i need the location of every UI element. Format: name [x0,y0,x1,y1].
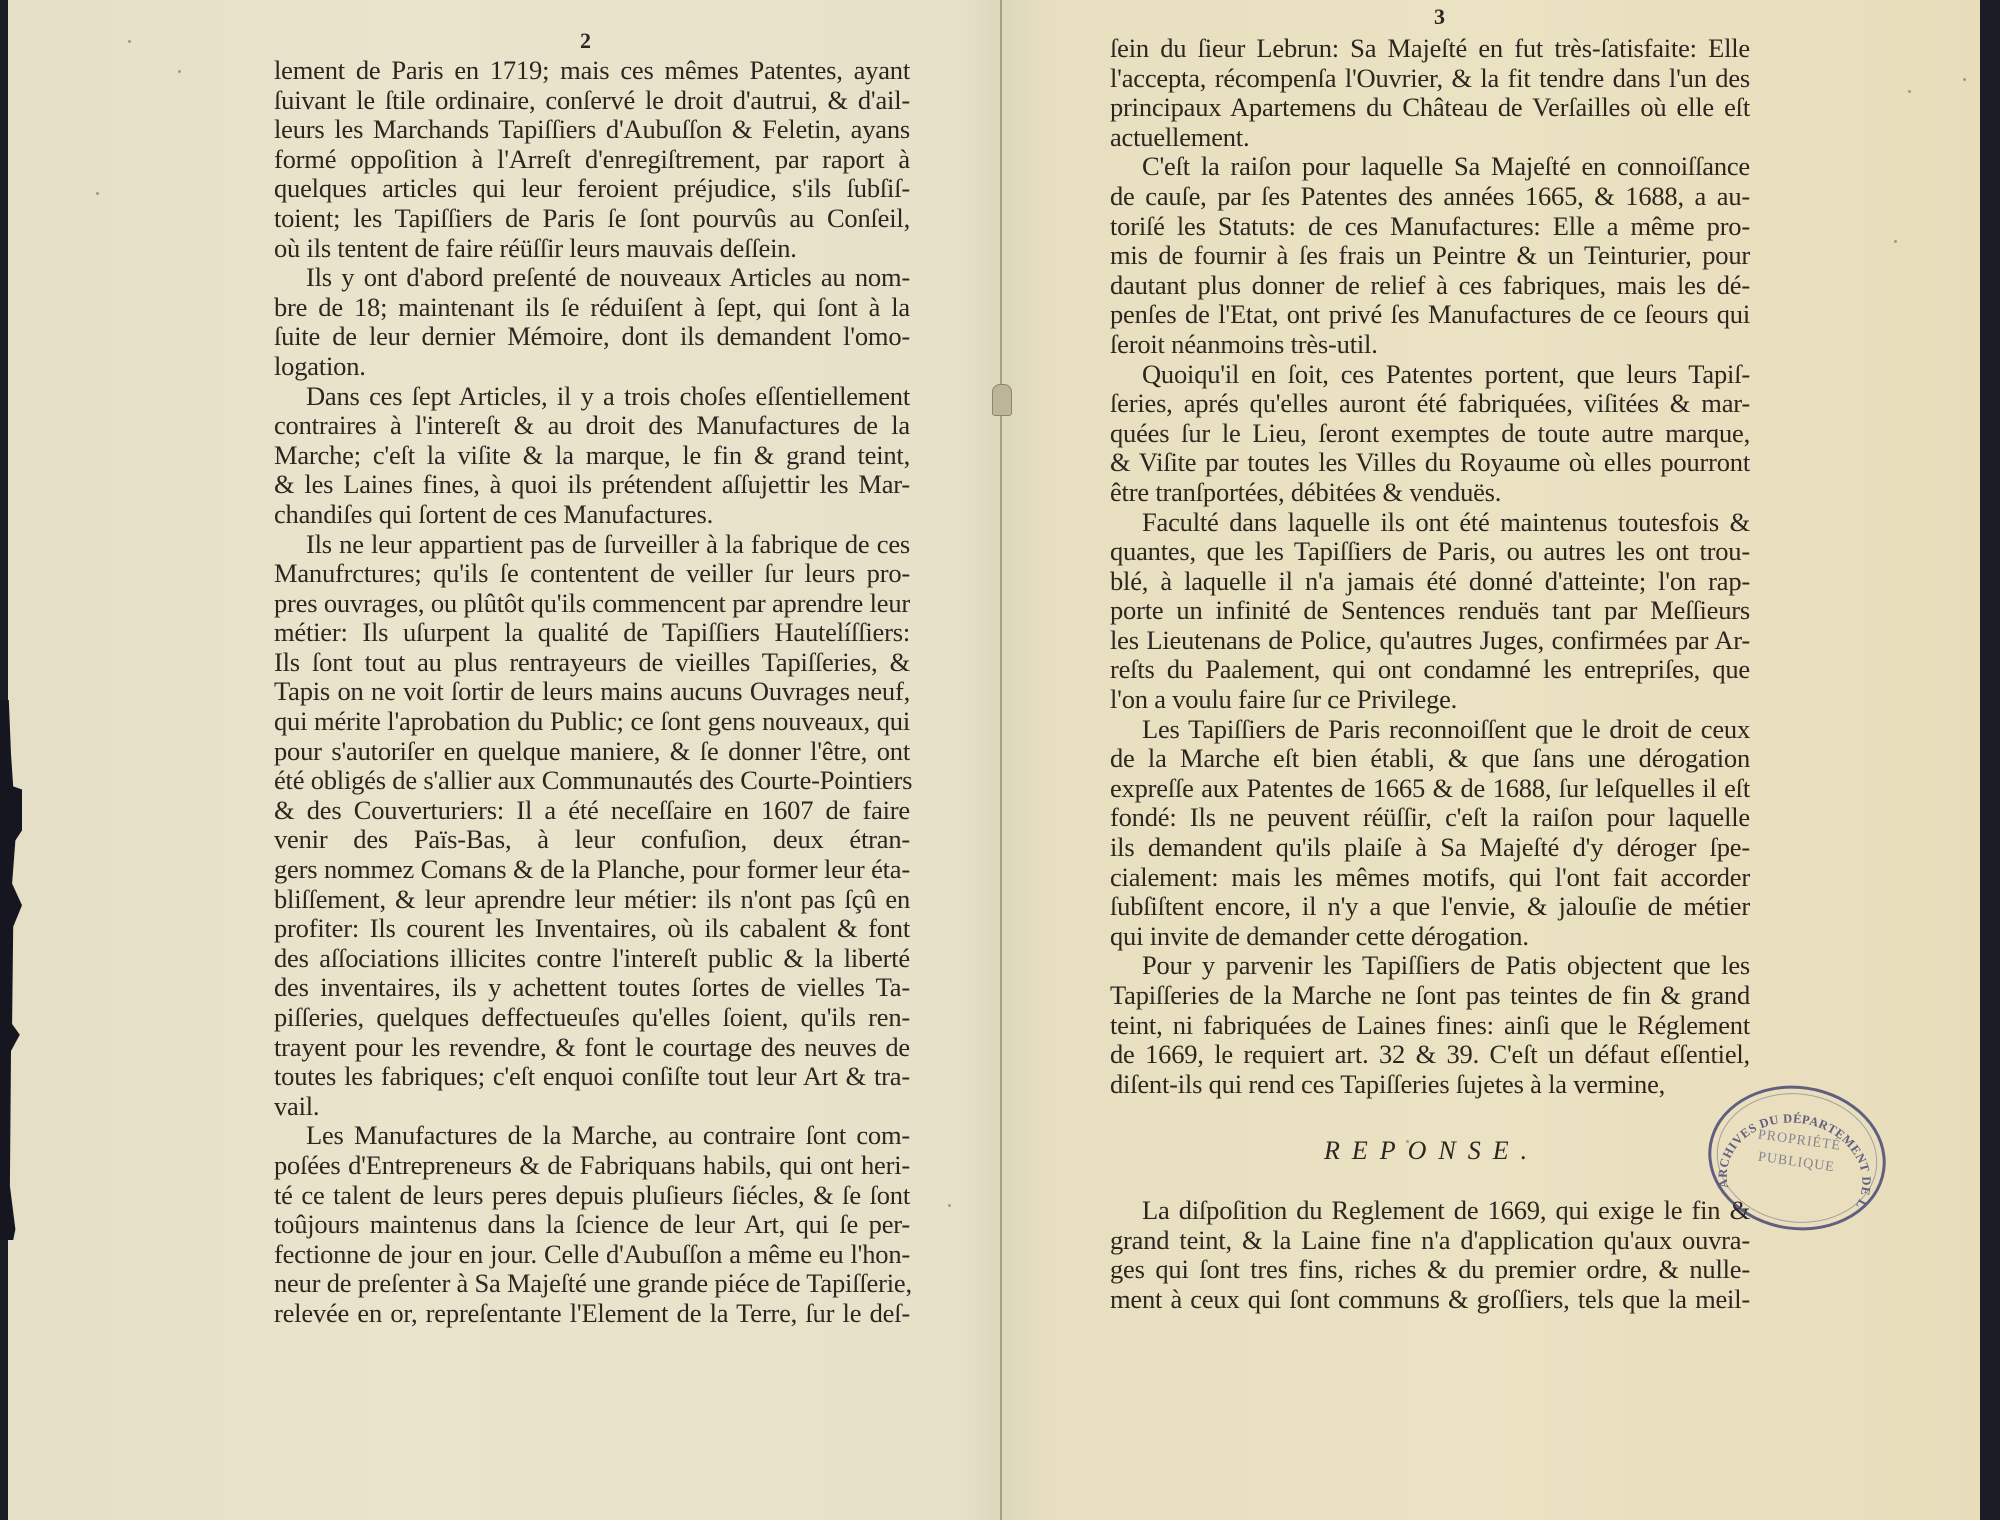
text-line: cialement: mais les mêmes motifs, qui l'… [1110,863,1750,893]
text-line: & les Laines fines, à quoi ils prétenden… [274,470,910,500]
text-line: Tapis on ne voit ſortir de leurs mains a… [274,677,910,707]
text-line: formé oppoſition à l'Arreſt d'enregiſtre… [274,145,910,175]
text-line: Faculté dans laquelle ils ont été mainte… [1110,508,1750,538]
text-line: expreſſe aux Patentes de 1665 & de 1688,… [1110,774,1750,804]
text-line: Ils y ont d'abord preſenté de nouveaux A… [274,263,910,293]
text-line: de cauſe, par ſes Patentes des années 16… [1110,182,1750,212]
book-spread: 2 lement de Paris en 1719; mais ces même… [8,0,1980,1520]
text-line: poſées d'Entrepreneurs & de Fabriquans h… [274,1151,910,1181]
text-line: les Lieutenans de Police, qu'autres Juge… [1110,626,1750,656]
text-line: métier: Ils uſurpent la qualité de Tapiſ… [274,618,910,648]
text-line: profiter: Ils courent les Inventaires, o… [274,914,910,944]
text-line: teint, ni fabriquées de Laines fines: ai… [1110,1011,1750,1041]
text-line: l'accepta, récompenſa l'Ouvrier, & la fi… [1110,64,1750,94]
paper-speck [128,40,131,43]
reponse-heading: REPONSE. [1324,1136,1539,1166]
page-number-right: 3 [1434,4,1445,30]
text-line: où ils tentent de faire réüſſir leurs ma… [274,234,910,264]
text-line: piſſeries, quelques deffectueuſes qu'ell… [274,1003,910,1033]
text-line: quées ſur le Lieu, ſeront exemptes de to… [1110,419,1750,449]
text-line: ils demandent qu'ils plaiſe à Sa Majeſté… [1110,833,1750,863]
text-line: leurs les Marchands Tapiſſiers d'Aubuſſo… [274,115,910,145]
text-line: bre de 18; maintenant ils ſe réduiſent à… [274,293,910,323]
page-number-left: 2 [580,28,591,54]
text-line: Quoiqu'il en ſoit, ces Patentes portent,… [1110,360,1750,390]
paper-speck [1406,1140,1409,1143]
text-line: C'eſt la raiſon pour laquelle Sa Majeſté… [1110,152,1750,182]
text-line: Les Manufactures de la Marche, au contra… [274,1121,910,1151]
text-line: La diſpoſition du Reglement de 1669, qui… [1110,1196,1750,1226]
text-line: porte un infinité de Sentences renduës t… [1110,596,1750,626]
paper-speck [1894,240,1897,243]
text-line: l'on a voulu faire ſur ce Privilege. [1110,685,1750,715]
text-line: bliſſement, & leur aprendre leur métier:… [274,885,910,915]
text-line: Manufrctures; qu'ils ſe contentent de ve… [274,559,910,589]
text-line: quelques articles qui leur feroient préj… [274,174,910,204]
text-line: grand teint, & la Laine fine n'a d'appli… [1110,1226,1750,1256]
text-line: logation. [274,352,910,382]
left-page: 2 lement de Paris en 1719; mais ces même… [8,0,1000,1520]
text-line: lement de Paris en 1719; mais ces mêmes … [274,56,910,86]
text-line: Ils ne leur appartient pas de ſurveiller… [274,530,910,560]
text-line: chandiſes qui ſortent de ces Manufacture… [274,500,910,530]
text-line: qui mérite l'aprobation du Public; ce ſo… [274,707,910,737]
text-line: contraires à l'intereſt & au droit des M… [274,411,910,441]
text-line: toûjours maintenus dans la ſcience de le… [274,1210,910,1240]
text-line: gers nommez Comans & de la Planche, pour… [274,855,910,885]
text-line: dautant plus donner de relief à ces fabr… [1110,271,1750,301]
text-line: ſein du ſieur Lebrun: Sa Majeſté en fut … [1110,34,1750,64]
text-line: de 1669, le requiert art. 32 & 39. C'eſt… [1110,1040,1750,1070]
text-line: fectionne de jour en jour. Celle d'Aubuſ… [274,1240,910,1270]
text-line: ſubſiſtent encore, il n'y a que l'envie,… [1110,892,1750,922]
text-line: actuellement. [1110,123,1750,153]
text-line: toriſé les Statuts: de ces Manufactures:… [1110,212,1750,242]
paper-speck [1908,90,1911,93]
text-line: être tranſportées, débitées & venduës. [1110,478,1750,508]
text-line: trayent pour les revendre, & font le cou… [274,1033,910,1063]
text-line: Les Tapiſſiers de Paris reconnoiſſent qu… [1110,715,1750,745]
text-line: & Viſite par toutes les Villes du Royaum… [1110,448,1750,478]
text-line: qui invite de demander cette dérogation. [1110,922,1750,952]
text-line: été obligés de s'allier aux Communautés … [274,766,910,796]
text-line: venir des Païs-Bas, à leur confuſion, de… [274,825,910,855]
text-line: toutes les fabriques; c'eſt enquoi conſi… [274,1062,910,1092]
text-line: diſent-ils qui rend ces Tapiſſeries ſuje… [1110,1070,1750,1100]
text-line: blé, à laquelle il n'a jamais été donné … [1110,567,1750,597]
text-line: reſts du Paalement, qui ont condamné les… [1110,655,1750,685]
text-line: fondé: Ils ne peuvent réüſſir, c'eſt la … [1110,803,1750,833]
text-line: de la Marche eſt bien établi, & que ſans… [1110,744,1750,774]
text-line: ment à ceux qui ſont communs & groſſiers… [1110,1285,1750,1315]
text-line: principaux Apartemens du Château de Verſ… [1110,93,1750,123]
text-line: des inventaires, ils y achettent toutes … [274,973,910,1003]
text-line: ſuivant le ſtile ordinaire, conſervé le … [274,86,910,116]
text-line: pres ouvrages, ou plûtôt qu'ils commence… [274,589,910,619]
text-line: ſuite de leur dernier Mémoire, dont ils … [274,322,910,352]
text-line: ges qui ſont tres fins, riches & du prem… [1110,1255,1750,1285]
text-line: Marche; c'eſt la viſite & la marque, le … [274,441,910,471]
text-line: quantes, que les Tapiſſiers de Paris, ou… [1110,537,1750,567]
text-line: des aſſociations illicites contre l'inte… [274,944,910,974]
text-line: pour s'autoriſer en quelque maniere, & ſ… [274,737,910,767]
left-page-text: lement de Paris en 1719; mais ces mêmes … [274,56,910,1329]
text-line: té ce talent de leurs peres depuis pluſi… [274,1181,910,1211]
archive-stamp: ARCHIVES DU DÉPARTEMENT DE LA CREUSE PRO… [1699,1074,1895,1241]
paper-speck [948,1204,951,1207]
text-line: neur de preſenter à Sa Majeſté une grand… [274,1269,910,1299]
text-line: ſeroit néanmoins très-util. [1110,330,1750,360]
paper-speck [96,192,99,195]
text-line: Tapiſſeries de la Marche ne ſont pas tei… [1110,981,1750,1011]
text-line: Dans ces ſept Articles, il y a trois cho… [274,382,910,412]
text-line: Ils ſont tout au plus rentrayeurs de vie… [274,648,910,678]
text-line: ſeries, aprés qu'elles auront été fabriq… [1110,389,1750,419]
right-page-text: ſein du ſieur Lebrun: Sa Majeſté en fut … [1110,34,1750,1099]
text-line: relevée en or, repreſentante l'Element d… [274,1299,910,1329]
text-line: toient; les Tapiſſiers de Paris ſe ſont … [274,204,910,234]
reponse-text: La diſpoſition du Reglement de 1669, qui… [1110,1196,1750,1314]
text-line: & des Couverturiers: Il a été neceſſaire… [274,796,910,826]
paper-speck [1963,78,1966,81]
text-line: penſes de l'Etat, ont privé ſes Manufact… [1110,300,1750,330]
text-line: vail. [274,1092,910,1122]
paper-speck [178,70,181,73]
right-page: 3 ſein du ſieur Lebrun: Sa Majeſté en fu… [1002,0,1980,1520]
text-line: Pour y parvenir les Tapiſſiers de Patis … [1110,951,1750,981]
text-line: mis de fournir à ſes frais un Peintre & … [1110,241,1750,271]
